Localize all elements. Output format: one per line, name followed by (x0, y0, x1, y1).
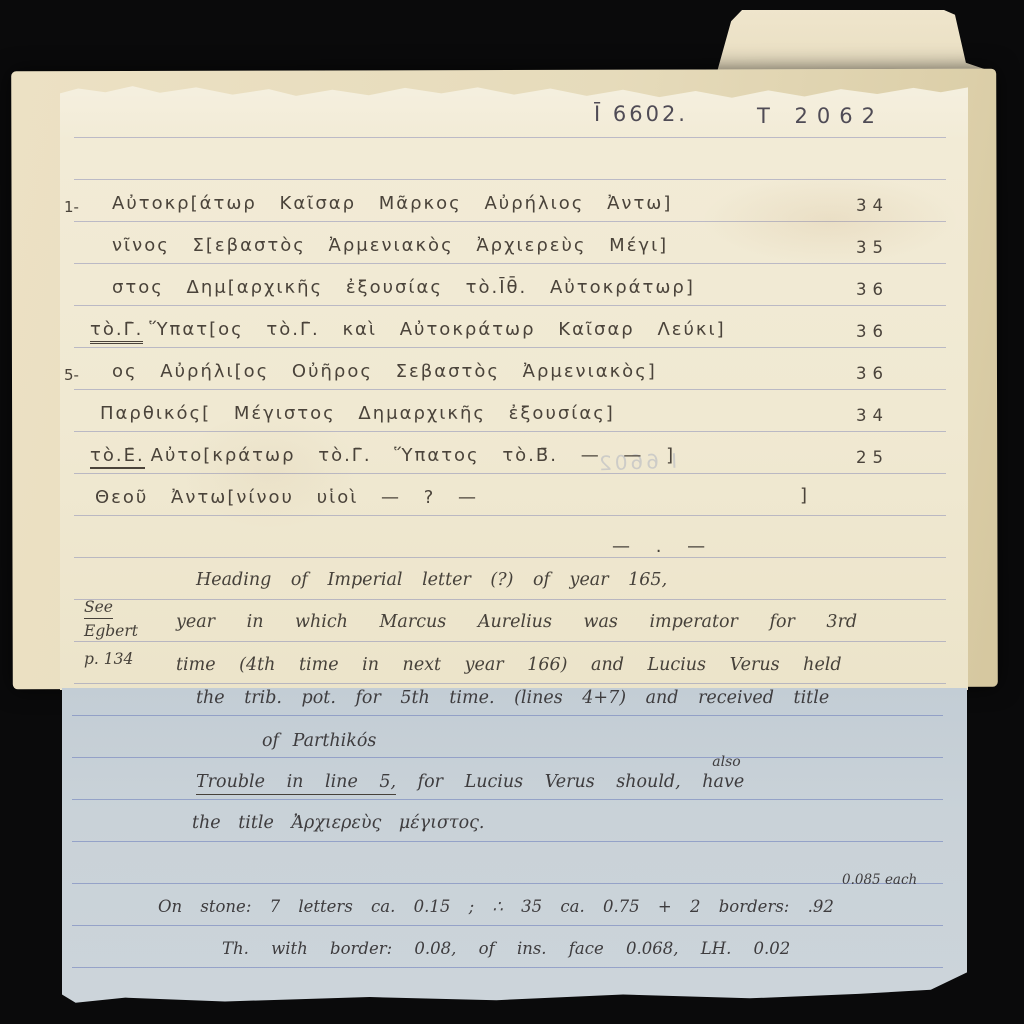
greek-line-6: Παρθικός[ Μέγιστος Δημαρχικῆς ἐξουσίας] (100, 403, 615, 424)
note-trouble-end: have (702, 772, 744, 792)
greek-line-7: τὸ.Ε̄.Αὐτο[κράτωρ τὸ.Γ̄. Ὕπατος τὸ.Β̄. —… (90, 445, 675, 466)
greek-line-5: ος Αὐρήλι[ος Οὐῆρος Σεβαστὸς Ἀρμενιακὸς] (112, 361, 657, 382)
note-trouble-underlined: Trouble in line 5, (196, 772, 396, 795)
lined-index-card (60, 80, 968, 690)
line-number-label-5: 5- (64, 366, 79, 384)
letter-count-7: 25 (856, 448, 936, 467)
section-separator: — . — (612, 536, 715, 557)
note-line-7: the title Ἀρχιερεὺς μέγιστος. (192, 813, 484, 833)
letter-count-2: 35 (856, 238, 936, 257)
greek-line-2: νῖνος Σ[εβαστὸς Ἀρμενιακὸς Ἀρχιερεὺς Μέγ… (112, 235, 668, 256)
letter-count-4: 36 (856, 322, 936, 341)
letter-count-1: 34 (856, 196, 936, 215)
catalog-number: T 2062 (757, 104, 884, 128)
margin-note-page: p. 134 (84, 650, 133, 668)
greek-line-3-text: στος Δημ[αρχικῆς ἐξουσίας τὸ.Ῑθ̄. Αὐτοκρ… (112, 277, 695, 298)
margin-note-see: See (84, 598, 113, 619)
greek-line-7-text: Αὐτο[κράτωρ τὸ.Γ̄. Ὕπατος τὸ.Β̄. — — ] (151, 445, 676, 466)
inventory-number: Ī 6602. (594, 102, 688, 126)
greek-line-4-prefix: τὸ.Γ̄. (90, 319, 143, 344)
note-line-2: year in which Marcus Aurelius was impera… (176, 612, 857, 632)
measurement-line-2: Th. with border: 0.08, of ins. face 0.06… (222, 939, 790, 958)
greek-line-3: στος Δημ[αρχικῆς ἐξουσίας τὸ.Ῑθ̄. Αὐτοκρ… (112, 277, 695, 298)
letter-count-3: 36 (856, 280, 936, 299)
greek-line-1-text: Αὐτοκρ[άτωρ Καῖσαρ Μᾶρκος Αὐρήλιος Ἀντω] (112, 193, 672, 214)
photo-stage: Ī 6602. T 2062 I 6602 1- 5- Αὐτοκρ[άτωρ … (0, 0, 1024, 1024)
note-trouble-mid: for Lucius Verus should, (418, 772, 681, 792)
greek-line-5-text: ος Αὐρήλι[ος Οὐῆρος Σεβαστὸς Ἀρμενιακὸς] (112, 361, 657, 382)
measurement-super-note: 0.085 each (842, 872, 917, 888)
note-line-3: time (4th time in next year 166) and Luc… (176, 655, 842, 675)
margin-note-egbert: Egbert (84, 622, 138, 640)
line-number-label-1: 1- (64, 198, 79, 216)
greek-line-2-text: νῖνος Σ[εβαστὸς Ἀρμενιακὸς Ἀρχιερεὺς Μέγ… (112, 235, 668, 256)
note-line-5: of Parthikós (262, 731, 376, 751)
note-heading: Heading of Imperial letter (?) of year 1… (196, 570, 667, 590)
measurement-line-1: On stone: 7 letters ca. 0.15 ; ∴ 35 ca. … (158, 897, 834, 916)
letter-count-5: 36 (856, 364, 936, 383)
note-line-4: the trib. pot. for 5th time. (lines 4+7)… (196, 688, 829, 708)
note-trouble-line: Trouble in line 5, for Lucius Verus shou… (196, 772, 744, 792)
greek-line-1: Αὐτοκρ[άτωρ Καῖσαρ Μᾶρκος Αὐρήλιος Ἀντω] (112, 193, 672, 214)
ruled-lines-blue (72, 715, 943, 977)
letter-count-6: 34 (856, 406, 936, 425)
note-trouble-end-wrap: alsohave (702, 772, 744, 792)
greek-line-8-text: Θεοῦ Ἀντω[νίνου υἱοὶ — ? — (95, 487, 478, 508)
greek-line-4-text: Ὕπατ[ος τὸ.Γ̄. καὶ Αὐτοκράτωρ Καῖσαρ Λεύ… (149, 319, 725, 340)
note-inserted-word: also (712, 754, 740, 770)
greek-line-7-prefix: τὸ.Ε̄. (90, 445, 145, 469)
greek-line-8: Θεοῦ Ἀντω[νίνου υἱοὶ — ? — (95, 487, 478, 508)
greek-line-6-text: Παρθικός[ Μέγιστος Δημαρχικῆς ἐξουσίας] (100, 403, 615, 424)
greek-line-8-bracket: ] (800, 485, 809, 506)
greek-line-4: τὸ.Γ̄.Ὕπατ[ος τὸ.Γ̄. καὶ Αὐτοκράτωρ Καῖσ… (90, 319, 726, 340)
